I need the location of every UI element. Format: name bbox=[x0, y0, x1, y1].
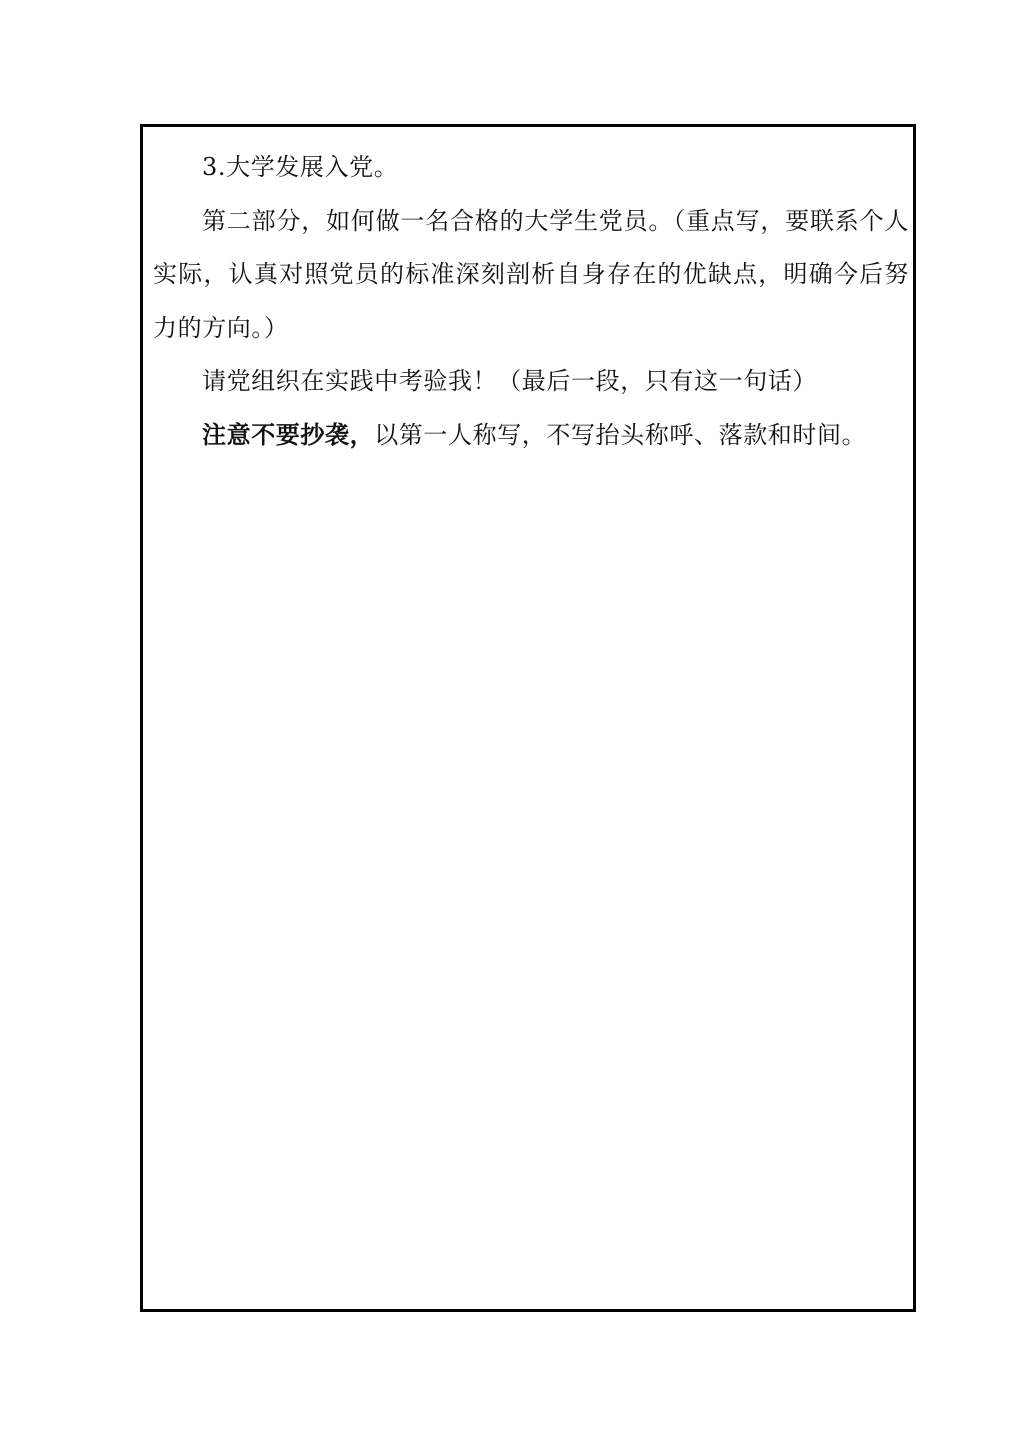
document-content: 3.大学发展入党。 第二部分，如何做一名合格的大学生党员。（重点写，要联系个人实… bbox=[153, 141, 909, 462]
paragraph-part-two: 第二部分，如何做一名合格的大学生党员。（重点写，要联系个人实际，认真对照党员的标… bbox=[153, 195, 909, 356]
paragraph-note: 注意不要抄袭，以第一人称写，不写抬头称呼、落款和时间。 bbox=[153, 409, 909, 463]
paragraph-item-3: 3.大学发展入党。 bbox=[153, 141, 909, 195]
document-border-box: 3.大学发展入党。 第二部分，如何做一名合格的大学生党员。（重点写，要联系个人实… bbox=[140, 124, 916, 1312]
note-text: 以第一人称写，不写抬头称呼、落款和时间。 bbox=[374, 421, 866, 449]
paragraph-closing: 请党组织在实践中考验我！（最后一段，只有这一句话） bbox=[153, 355, 909, 409]
note-emphasis: 注意不要抄袭， bbox=[202, 421, 374, 449]
